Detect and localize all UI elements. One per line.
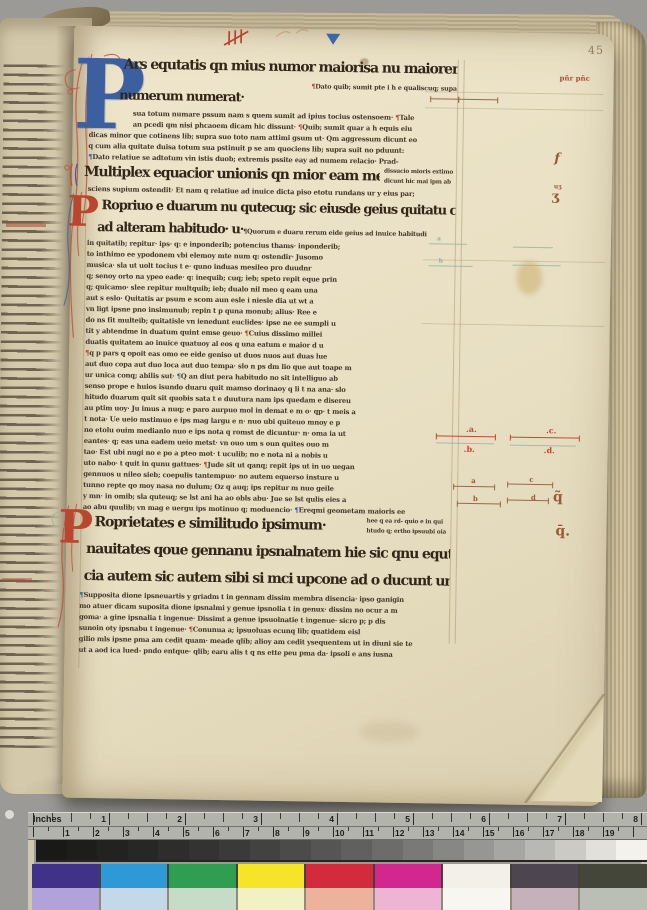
inch-number: 6 [413,814,489,824]
margin-note: pñr pñc [559,73,589,82]
color-patch [306,888,373,910]
heading-text: ad alteram habitudo· u· [97,220,243,237]
color-patch-row-pastel [32,888,647,910]
cm-number: 19 [603,828,633,838]
color-patch [375,864,442,888]
cm-number: 9 [303,828,333,838]
color-patch [443,888,510,910]
brown-diagram-line [507,500,549,502]
previous-page-rubric-mark [6,223,46,227]
color-patch [101,888,168,910]
ruling-line [425,107,603,111]
red-diagram-line [510,437,580,439]
color-patch [580,888,647,910]
body-text-lines: in quitatib; repitur· ips· q: e inponder… [83,238,455,519]
grayscale-patch [433,840,464,860]
brown-diagram-label-a: a [471,476,476,485]
heading-initial: M [84,164,99,180]
previous-page-rubric-mark [2,578,32,581]
inch-number: 8 [565,814,641,824]
margin-diagram-line [430,98,498,100]
red-diagram-label-d: .d. [544,445,555,455]
margin-z-mark: ʒ [552,189,560,204]
cm-number: 18 [573,828,603,838]
section-heading: nauitates qoue gennanu ipsnalnatem hie s… [86,541,450,563]
inch-number: 2 [109,814,185,824]
section-heading-2: ad alteram habitudo· u·¶Quorum e duaru r… [97,220,455,241]
ink-stain [360,58,369,65]
folio-number: 45 [588,44,604,58]
grayscale-patch [464,840,495,860]
grayscale-patch [97,840,128,860]
grayscale-patch [555,840,586,860]
cm-number: 16 [513,828,543,838]
incipit-heading: Ars equtatis qn mius numor maiorisa nu m… [124,56,458,77]
margin-f-mark: f [554,151,560,166]
cm-number: 15 [483,828,513,838]
color-patch [306,864,373,888]
brown-diagram-line [457,503,501,505]
fold-crease [524,693,606,804]
cm-number: 7 [243,828,273,838]
blue-quire-mark [326,34,340,45]
grayscale-patch [403,840,434,860]
color-patch [443,864,510,888]
margin-diagram-tick [458,99,459,100]
grayscale-patch [219,840,250,860]
color-patch [580,864,647,888]
inch-number: 7 [489,814,565,824]
grayscale-patch [189,840,220,860]
cm-number: 13 [423,828,453,838]
inch-number: 4 [261,814,337,824]
grayscale-patch [67,840,98,860]
ruler-inch-numbers: 12345678 [33,814,641,824]
paraph-flourish [68,162,82,188]
color-patch [32,888,99,910]
cm-number: 8 [273,828,303,838]
cm-number: 3 [123,828,153,838]
gloss-line: dicunt hic mai ipm ab [384,177,456,188]
gloss-line: htudo q; ertho ipsuubi oia [366,526,450,537]
color-patch [169,864,236,888]
incipit-heading-2: numerum numerat· [119,88,309,106]
grayscale-patch [311,840,342,860]
cm-number: 2 [93,828,123,838]
grayscale-patch [280,840,311,860]
color-patch [512,864,579,888]
faint-red-mark [274,23,314,42]
grayscale-patch [158,840,189,860]
rubricated-initial-P: P [67,194,99,230]
brown-diagram-line [453,486,495,488]
color-patch [238,888,305,910]
gloss-line: Quorum e duaru rerum eide geius ad inuic… [247,227,427,238]
calibration-ruler: Inches 12345678 123456789101112131415161… [28,812,647,840]
teal-diagram-label: a [437,235,441,242]
cm-number: 11 [363,828,393,838]
color-patch [238,864,305,888]
color-patch [101,864,168,888]
cm-number: 1 [63,828,93,838]
grayscale-patch [525,840,556,860]
cm-number: 4 [153,828,183,838]
heading-text: ultiplex equacior unionis qn mior eam me… [98,164,380,184]
color-patch [32,864,99,888]
brown-diagram-label-c: c [529,475,533,484]
grayscale-strip [36,840,647,862]
section-heading: Roprietates e similitudo ipsimum· [94,514,362,534]
grayscale-patch [128,840,159,860]
cm-number: 6 [213,828,243,838]
cm-number: 17 [543,828,573,838]
section-heading: cia autem sic autem sibi si mci upcone a… [84,568,450,590]
body-text-lines: ¶Supposita dione ipsneuartis y griadm t … [78,590,451,662]
color-patch [375,888,442,910]
teal-diagram-label: b [439,257,443,264]
cm-number: 12 [393,828,423,838]
ruler-cm-numbers: 12345678910111213141516171819 [63,828,633,838]
inch-number: 1 [33,814,109,824]
grayscale-patch [372,840,403,860]
section-heading: Multiplex equacior unionis qn mior eam m… [84,164,380,185]
grayscale-patch [616,840,647,860]
color-patch-row-saturated [32,864,647,888]
parchment-stain [359,720,419,743]
grayscale-patch [586,840,617,860]
teal-diagram-line [513,247,553,249]
cm-number: 10 [333,828,363,838]
color-patch [169,888,236,910]
manuscript-recto-page: 45 P Ars equtatis qn mius numor maiorisa… [62,26,614,806]
red-diagram-label-a: .a. [466,424,477,434]
cm-number: 14 [453,828,483,838]
body-text-lines: dicas minor que cotinens lib; supra suo … [88,130,456,169]
brown-diagram-label-b: b [473,494,478,503]
grayscale-patch [341,840,372,860]
cm-number: 5 [183,828,213,838]
card-fragment [5,810,14,819]
margin-q-mark: q̄. [555,523,570,539]
grayscale-patch [250,840,281,860]
grayscale-patch [36,840,67,860]
section-heading: Ropriuo e duarum nu qutecuq; sic eiusde … [101,198,455,219]
red-diagram-label-c: .c. [546,425,557,435]
red-diagram-label-b: .b. [464,444,475,454]
inch-number: 3 [185,814,261,824]
manuscript-photo: 45 P Ars equtatis qn mius numor maiorisa… [0,0,647,910]
grayscale-patch [494,840,525,860]
red-quire-numeral [220,26,252,50]
inch-number: 5 [337,814,413,824]
gloss-lines: ¶Dato quib; sumit pte i h e qualiscuq; s… [311,81,457,93]
parchment-stain [516,261,543,295]
brown-diagram-line [507,484,553,486]
color-patch [512,888,579,910]
margin-q-mark: q̃ [553,489,563,505]
